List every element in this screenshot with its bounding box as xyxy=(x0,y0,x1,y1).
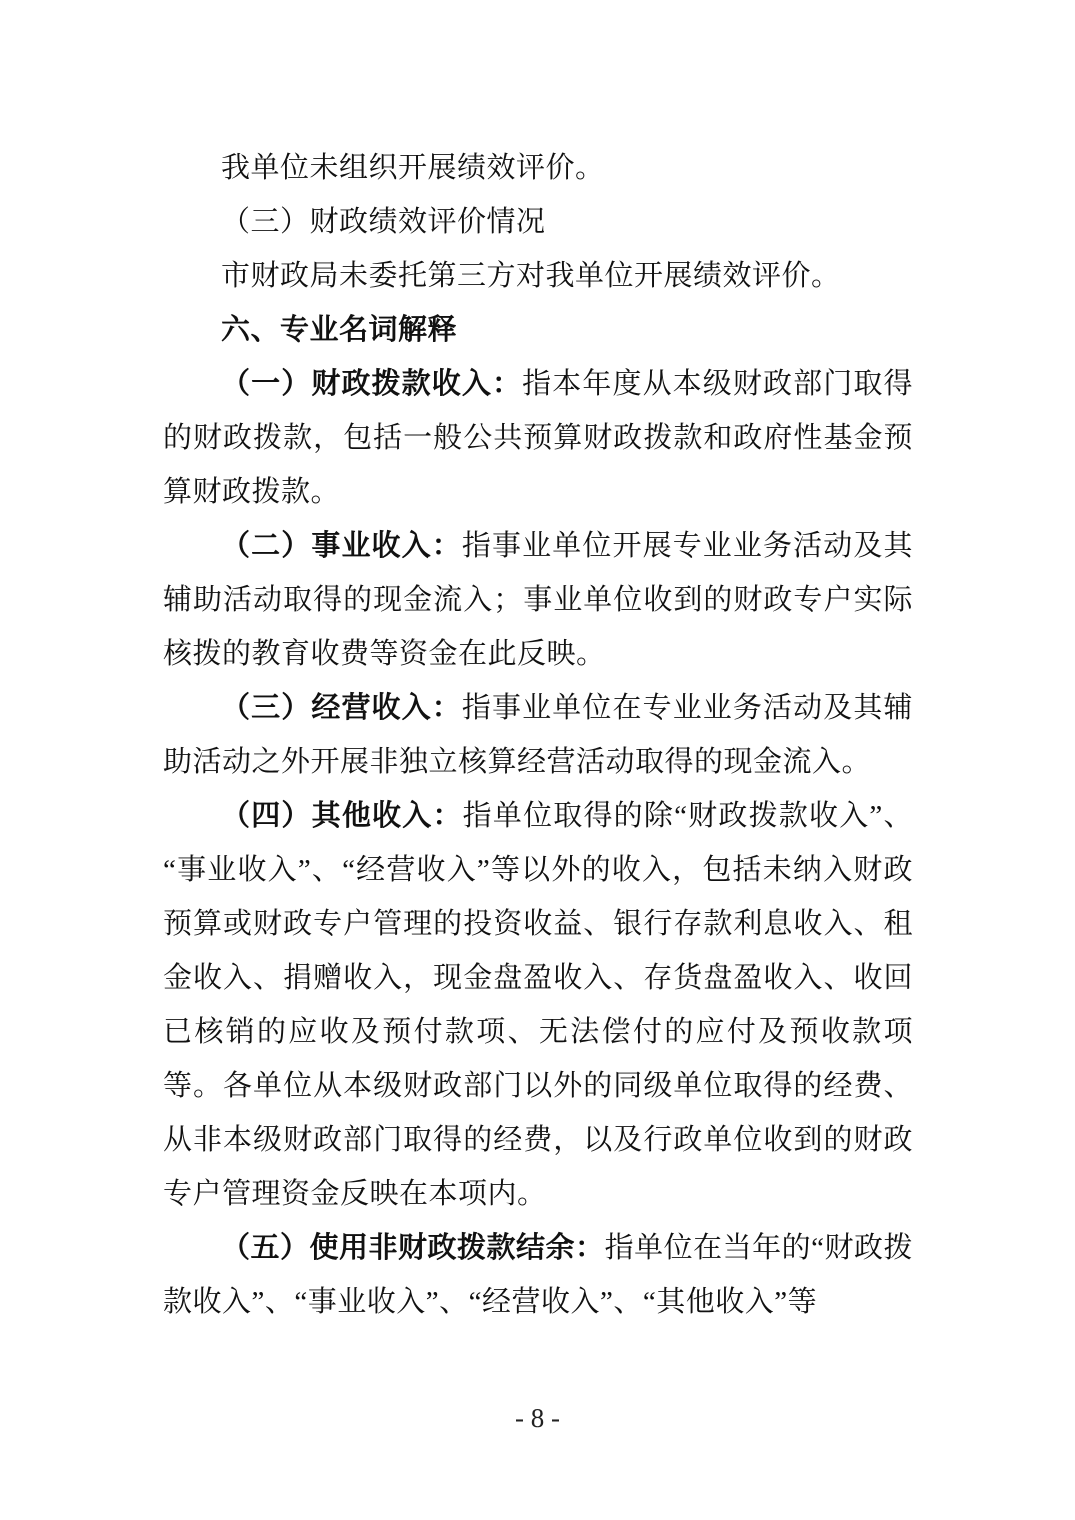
term-paragraph-non-fiscal-balance: （五）使用非财政拨款结余：指单位在当年的“财政拨款收入”、“事业收入”、“经营收… xyxy=(163,1221,913,1329)
subheading-fiscal-performance-evaluation: （三）财政绩效评价情况 xyxy=(163,195,913,249)
term-paragraph-operational-income: （二）事业收入：指事业单位开展专业业务活动及其辅助活动取得的现金流入；事业单位收… xyxy=(163,519,913,681)
term-definition: 指单位取得的除“财政拨款收入”、“事业收入”、“经营收入”等以外的收入，包括未纳… xyxy=(163,800,913,1210)
paragraph-no-self-evaluation: 我单位未组织开展绩效评价。 xyxy=(163,141,913,195)
term-paragraph-other-income: （四）其他收入：指单位取得的除“财政拨款收入”、“事业收入”、“经营收入”等以外… xyxy=(163,789,913,1221)
page-number: - 8 - xyxy=(515,1403,560,1433)
term-name: （五）使用非财政拨款结余： xyxy=(221,1232,605,1264)
document-page: 我单位未组织开展绩效评价。 （三）财政绩效评价情况 市财政局未委托第三方对我单位… xyxy=(0,0,1075,1520)
page-footer: - 8 - xyxy=(0,1398,1075,1438)
paragraph-no-third-party-evaluation: 市财政局未委托第三方对我单位开展绩效评价。 xyxy=(163,249,913,303)
term-name: （三）经营收入： xyxy=(221,692,462,724)
term-paragraph-fiscal-appropriation-income: （一）财政拨款收入：指本年度从本级财政部门取得的财政拨款，包括一般公共预算财政拨… xyxy=(163,357,913,519)
term-paragraph-business-income: （三）经营收入：指事业单位在专业业务活动及其辅助活动之外开展非独立核算经营活动取… xyxy=(163,681,913,789)
term-name: （一）财政拨款收入： xyxy=(221,368,522,400)
page-content: 我单位未组织开展绩效评价。 （三）财政绩效评价情况 市财政局未委托第三方对我单位… xyxy=(163,141,913,1329)
section-heading-terminology: 六、专业名词解释 xyxy=(163,303,913,357)
term-name: （二）事业收入： xyxy=(221,530,462,562)
term-name: （四）其他收入： xyxy=(221,800,463,832)
